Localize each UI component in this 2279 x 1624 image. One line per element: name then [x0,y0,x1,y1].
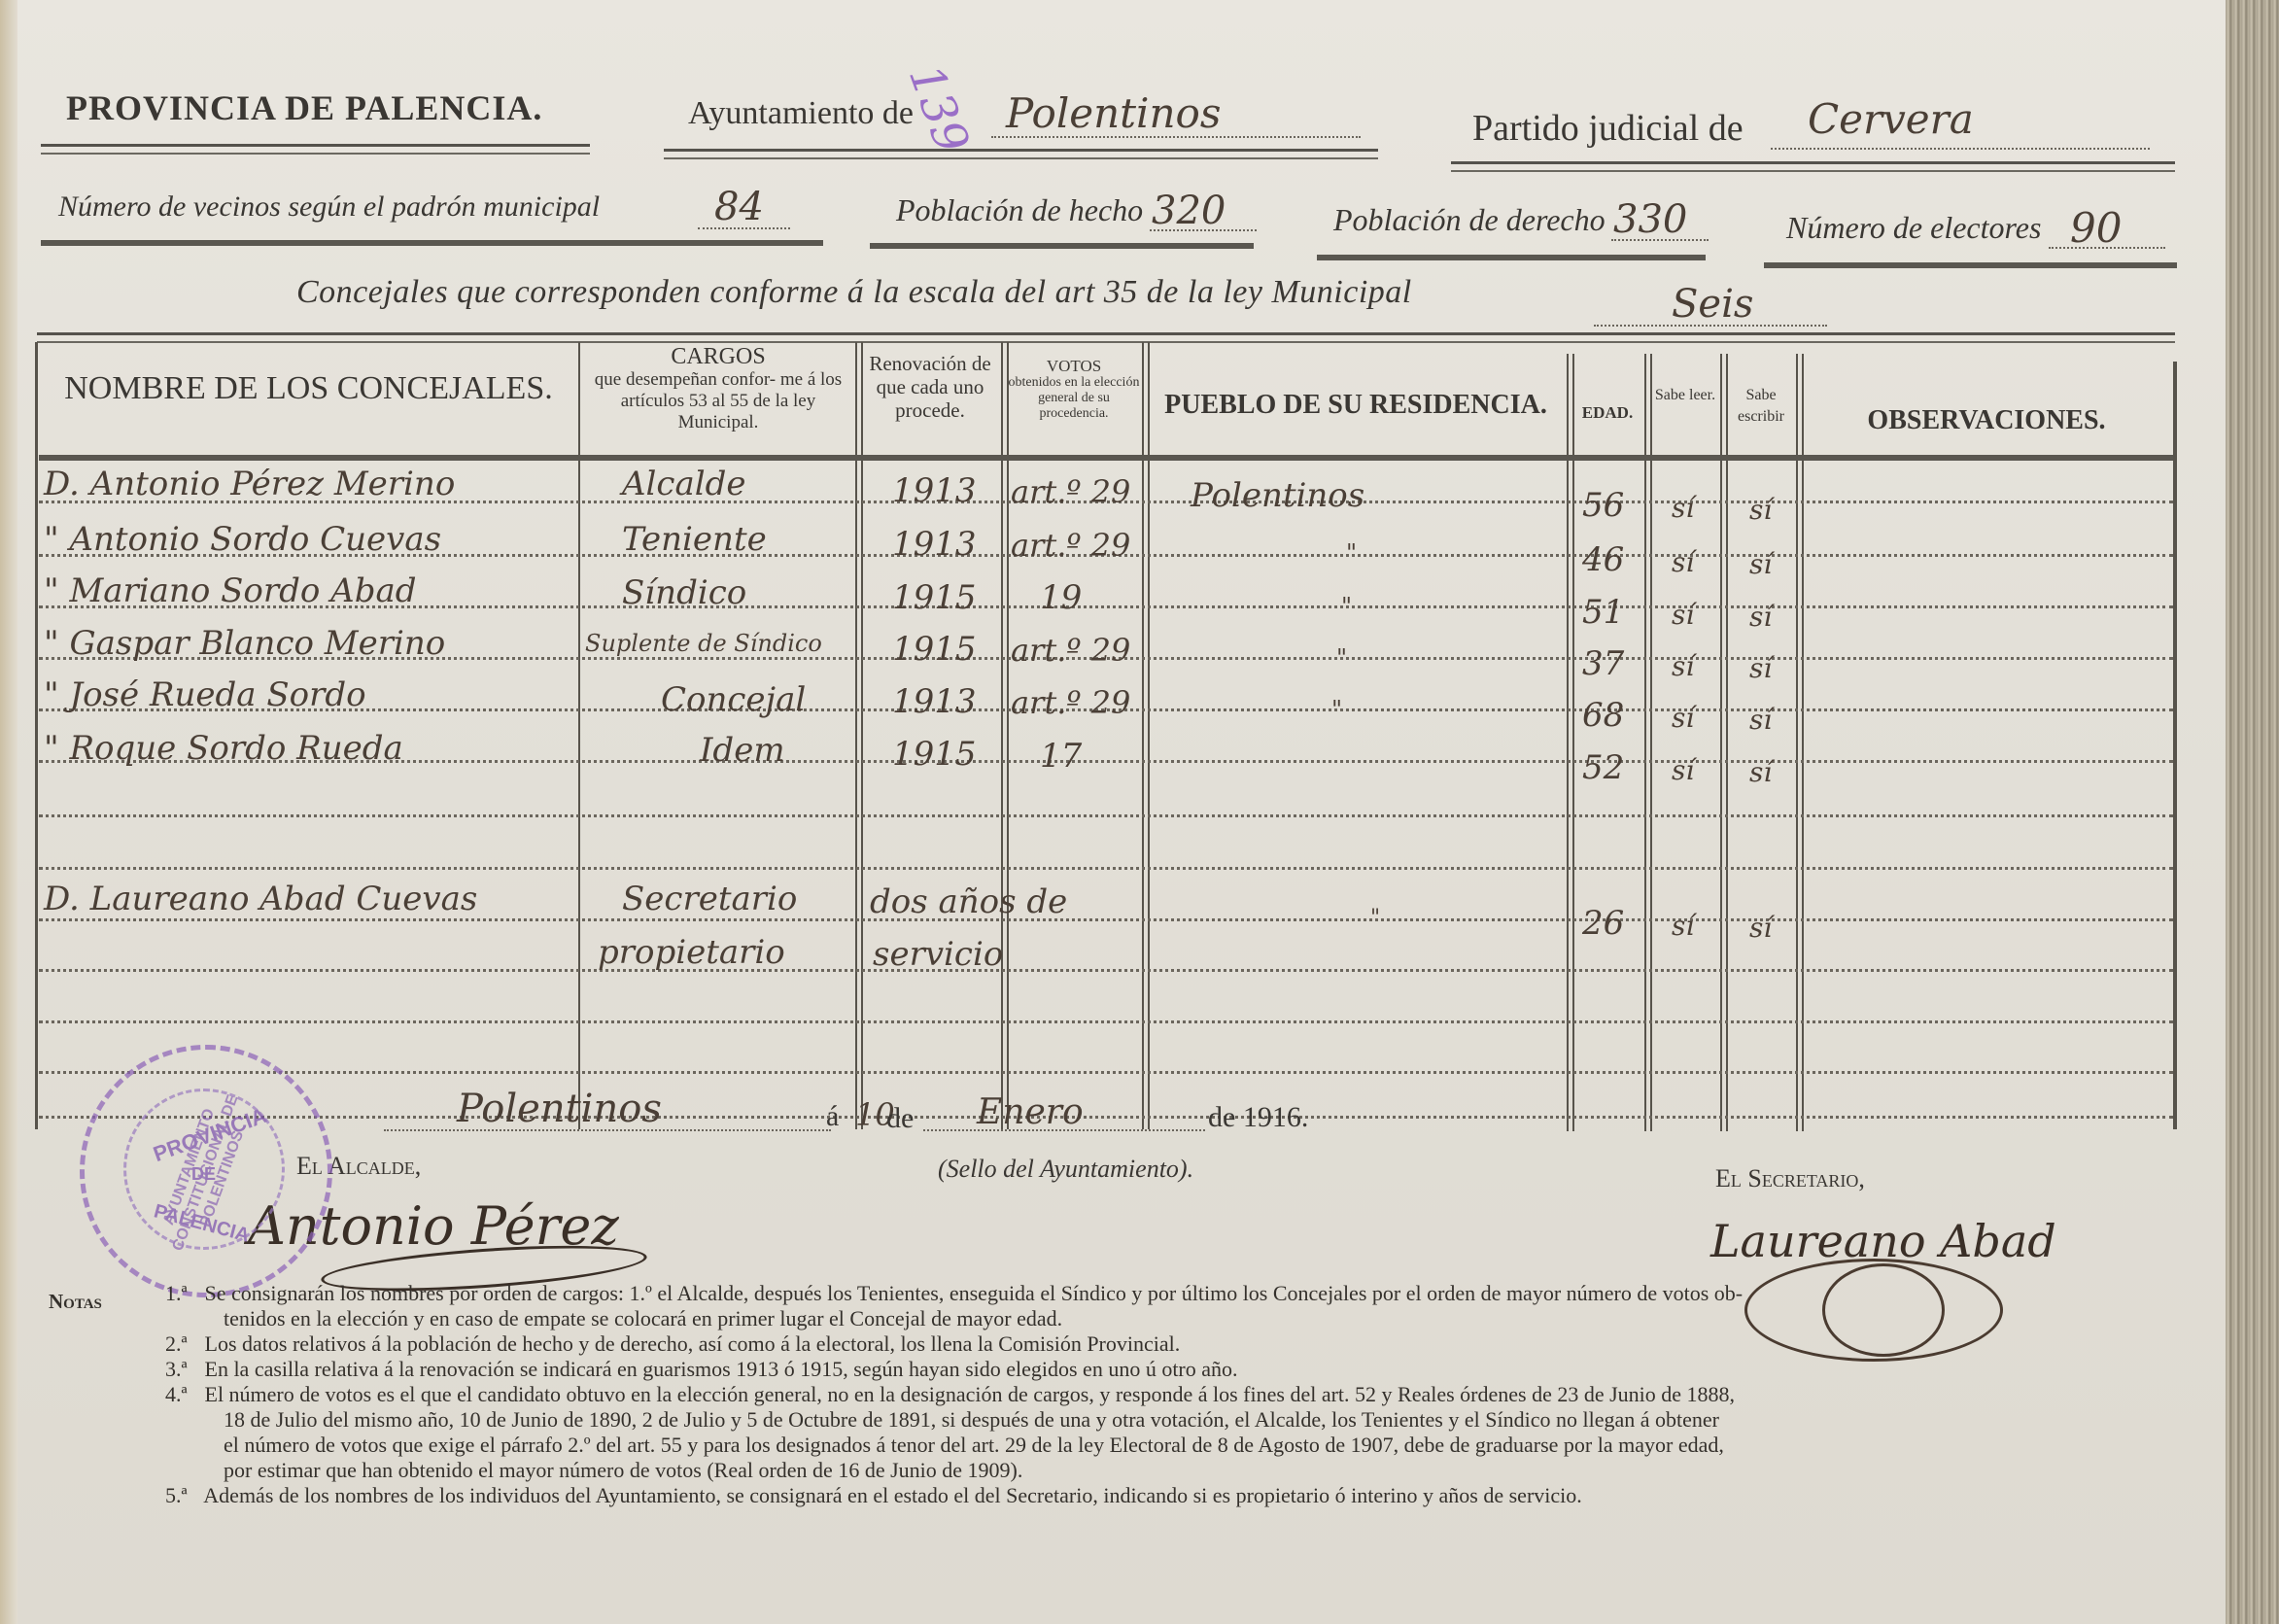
cell-cargo: Síndico [622,573,746,612]
cell-nombre: D. Antonio Pérez Merino [44,465,455,503]
col-sep-edad [1567,354,1574,1131]
cell-votos: art.º 29 [1011,527,1130,564]
date-month: Enero [977,1092,1084,1132]
cell-leer: sí [1672,492,1694,524]
cell-pueblo: Polentinos [1191,476,1364,515]
cell-edad: 52 [1582,748,1624,787]
cell-edad: 37 [1582,644,1624,683]
cell-escribir: sí [1749,756,1772,788]
secretary-pueblo: " [1370,906,1380,930]
note-number: 4.ª [165,1382,199,1407]
cell-edad: 46 [1582,540,1624,579]
note-item: 2.ª Los datos relativos á la población d… [49,1331,2177,1357]
secretary-escribir: sí [1749,912,1772,944]
cell-escribir: sí [1749,494,1772,526]
col-sep-escribir [1720,354,1728,1131]
note-number: 5.ª [165,1483,199,1508]
table-top-rule [37,332,2175,343]
vecinos-value: 84 [714,185,764,229]
cell-edad: 56 [1582,486,1624,525]
header-pueblo: PUEBLO DE SU RESIDENCIA. [1147,391,1565,419]
cell-cargo: Teniente [622,520,767,559]
cell-cargo: Alcalde [622,465,746,503]
hecho-label: Población de hecho [896,192,1143,228]
header-cargos: CARGOS que desempeñan confor- me á los a… [581,345,855,433]
date-a-label: á [826,1100,839,1133]
cell-votos: art.º 29 [1011,473,1130,510]
cell-nombre: " Roque Sordo Rueda [44,729,403,768]
note-text: Se consignarán los nombres por orden de … [205,1281,1744,1305]
municipal-stamp: AYUNTAMIENTO CONSTITUCIONAL DE POLENTINO… [80,1045,332,1297]
secretary-cargo-line1: Secretario [622,880,797,918]
row-line [39,1071,2173,1074]
header-edad: EDAD. [1571,404,1644,422]
header-nombre: NOMBRE DE LOS CONCEJALES. [39,371,578,406]
derecho-underline [1317,255,1706,260]
secretary-edad: 26 [1582,904,1624,943]
secretary-nombre: D. Laureano Abad Cuevas [44,880,477,918]
note-text: Los datos relativos á la población de he… [205,1331,1181,1356]
partido-underline [1451,161,2175,172]
cell-votos: 17 [1040,737,1082,776]
secretary-renovacion-line1: dos años de [870,882,1067,921]
table-right-border [2173,362,2177,1129]
derecho-label: Población de derecho [1333,202,1606,238]
cell-leer: sí [1672,546,1694,578]
note-continuation: tenidos en la elección y en caso de empa… [49,1306,2177,1331]
table-left-border [35,342,38,1129]
notes-label: Notas [49,1289,102,1314]
header-votos: VOTOS obtenidos en la elección general d… [1007,358,1141,422]
electores-label: Número de electores [1786,210,2041,246]
header-cargos-title: CARGOS [581,345,855,369]
note-continuation: 18 de Julio del mismo año, 10 de Junio d… [49,1407,2177,1433]
cell-votos: art.º 29 [1011,684,1130,721]
cell-nombre: " José Rueda Sordo [44,675,366,714]
cell-renovacion: 1915 [892,735,977,774]
row-line [39,1020,2173,1023]
vecinos-label: Número de vecinos según el padrón munici… [58,190,600,224]
note-continuation: el número de votos que exige el párrafo … [49,1433,2177,1458]
ayuntamiento-value: Polentinos [1006,89,1221,137]
cell-edad: 68 [1582,696,1624,735]
cell-renovacion: 1913 [892,525,977,564]
note-number: 1.ª [165,1281,199,1306]
row-line [39,1116,2173,1119]
note-item: 4.ª El número de votos es el que el cand… [49,1382,2177,1407]
secretary-cargo-line2: propietario [598,933,785,972]
row-line [39,918,2173,921]
cell-renovacion: 1913 [892,471,977,510]
cell-pueblo: " [1336,644,1347,672]
note-text: El número de votos es el que el candidat… [205,1382,1736,1406]
cell-leer: sí [1672,650,1694,682]
cell-cargo: Idem [700,731,785,770]
concejales-value: Seis [1672,282,1753,327]
margin-number: 139 [898,57,980,159]
ayuntamiento-label: Ayuntamiento de [688,95,914,132]
cell-pueblo: " [1341,593,1352,620]
sello-label: (Sello del Ayuntamiento). [938,1155,1193,1184]
date-year: de 1916. [1208,1101,1308,1134]
cell-edad: 51 [1582,593,1624,632]
document-page: PROVINCIA DE PALENCIA. Ayuntamiento de P… [0,0,2226,1624]
cell-leer: sí [1672,702,1694,734]
note-item: 3.ª En la casilla relativa á la renovaci… [49,1357,2177,1382]
cell-escribir: sí [1749,652,1772,684]
cell-nombre: " Gaspar Blanco Merino [44,624,445,663]
header-renovacion: Renovación de que cada uno procede. [861,352,999,422]
note-number: 2.ª [165,1331,199,1357]
date-de-label: de [886,1102,914,1135]
stamp-inner-line2: DE [191,1164,216,1185]
concejales-label: Concejales que corresponden conforme á l… [296,274,1412,311]
cell-leer: sí [1672,754,1694,786]
cell-renovacion: 1915 [892,578,977,617]
header-cargos-sub: que desempeñan confor- me á los artículo… [581,369,855,433]
hecho-value: 320 [1152,189,1226,233]
cell-votos: art.º 29 [1011,632,1130,669]
province-underline [41,144,590,155]
cell-cargo: Suplente de Síndico [585,630,822,657]
binding-edge [0,0,17,1624]
cell-escribir: sí [1749,548,1772,580]
note-text: Además de los nombres de los individuos … [203,1483,1581,1507]
partido-label: Partido judicial de [1472,107,1744,150]
cell-escribir: sí [1749,601,1772,633]
header-escribir: Sabe escribir [1726,385,1796,428]
cell-nombre: " Antonio Sordo Cuevas [44,520,441,559]
ayuntamiento-underline [664,149,1378,159]
row-line [39,814,2173,817]
cell-renovacion: 1915 [892,630,977,669]
electores-value: 90 [2070,204,2122,252]
vecinos-underline [41,240,823,246]
cell-renovacion: 1913 [892,682,977,721]
col-sep-leer [1644,354,1652,1131]
row-line [39,867,2173,870]
cell-pueblo: " [1346,539,1357,567]
secretario-label: El Secretario, [1715,1164,1865,1193]
cell-pueblo: " [1331,696,1342,723]
row-line [39,969,2173,972]
electores-underline [1764,262,2177,268]
cell-escribir: sí [1749,704,1772,736]
hecho-underline [870,243,1254,249]
header-bottom-rule [39,455,2173,461]
header-observaciones: OBSERVACIONES. [1800,406,2173,434]
cell-nombre: " Mariano Sordo Abad [44,571,417,610]
note-number: 3.ª [165,1357,199,1382]
book-page-edge [2226,0,2279,1624]
province-title: PROVINCIA DE PALENCIA. [66,87,542,128]
secretary-leer: sí [1672,910,1694,942]
header-votos-sub: obtenidos en la elección general de su p… [1007,375,1141,422]
derecho-value: 330 [1613,197,1687,242]
cell-cargo: Concejal [661,680,806,719]
partido-value: Cervera [1808,95,1974,143]
note-item: 1.ª Se consignarán los nombres por orden… [49,1281,2177,1306]
cell-leer: sí [1672,599,1694,631]
note-item: 5.ª Además de los nombres de los individ… [49,1483,2177,1508]
notes-section: Notas 1.ª Se consignarán los nombres por… [49,1281,2177,1508]
header-votos-title: VOTOS [1007,358,1141,375]
header-leer: Sabe leer. [1650,385,1720,406]
secretary-renovacion-line2: servicio [873,935,1003,974]
note-text: En la casilla relativa á la renovación s… [205,1357,1238,1381]
col-sep-observaciones [1796,354,1804,1131]
date-place: Polentinos [457,1087,662,1131]
cell-votos: 19 [1040,578,1082,617]
note-continuation: por estimar que han obtenido el mayor nú… [49,1458,2177,1483]
